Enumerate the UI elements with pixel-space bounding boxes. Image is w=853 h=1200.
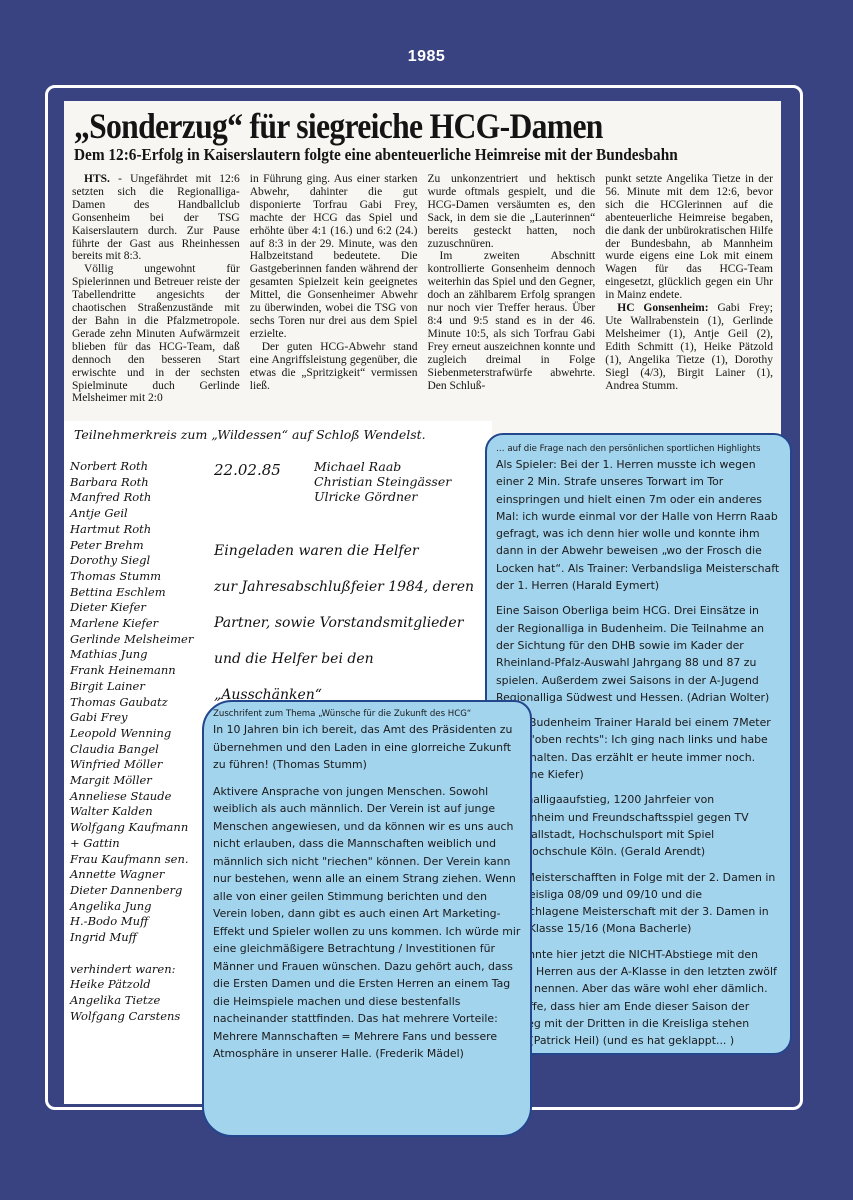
participant-name: Wolfgang Carstens <box>70 1009 210 1025</box>
helper-name: Christian Steingässer <box>314 474 451 489</box>
newspaper-clipping: „Sonderzug“ für siegreiche HCG-Damen Dem… <box>64 101 781 441</box>
participant-name: Marlene Kiefer <box>70 616 210 632</box>
handwritten-date: 22.02.85 <box>214 461 281 479</box>
wish-entry: Aktivere Ansprache von jungen Menschen. … <box>213 783 522 1063</box>
highlight-entry: Als in Budenheim Trainer Harald bei eine… <box>496 714 780 783</box>
participant-name: Walter Kalden <box>70 804 210 820</box>
participant-name: Thomas Stumm <box>70 569 210 585</box>
article-paragraph: Der guten HCG-Abwehr stand eine Angriffs… <box>250 341 418 393</box>
participant-name: Annette Wagner <box>70 867 210 883</box>
participant-name: Wolfgang Kaufmann <box>70 820 210 836</box>
participant-name: Anneliese Staude <box>70 789 210 805</box>
participant-name: Manfred Roth <box>70 490 210 506</box>
participant-name: Winfried Möller <box>70 757 210 773</box>
participant-names: Norbert RothBarbara RothManfred RothAntj… <box>70 459 210 1024</box>
participant-name: Birgit Lainer <box>70 679 210 695</box>
highlight-entry: Ich könnte hier jetzt die NICHT-Abstiege… <box>496 946 780 1050</box>
article-dateline: HTS. <box>84 173 110 185</box>
article-column-3: Zu unkonzentriert und hektisch wurde oft… <box>428 173 596 405</box>
highlight-entry: Regionalligaaufstieg, 1200 Jahrfeier von… <box>496 791 780 860</box>
participant-name: Frau Kaufmann sen. <box>70 852 210 868</box>
participant-name: Hartmut Roth <box>70 522 210 538</box>
highlight-entry: Eine Saison Oberliga beim HCG. Drei Eins… <box>496 602 780 706</box>
participant-name <box>70 946 210 962</box>
wishes-intro: Zuschrifent zum Thema „Wünsche für die Z… <box>213 708 522 720</box>
wish-entry: In 10 Jahren bin ich bereit, das Amt des… <box>213 721 522 774</box>
article-column-1: HTS. - Ungefährdet mit 12:6 setzten sich… <box>72 173 240 405</box>
participant-name: Barbara Roth <box>70 475 210 491</box>
invitation-line: Eingeladen waren die Helfer <box>214 533 484 569</box>
article-headline: „Sonderzug“ für siegreiche HCG-Damen <box>74 105 689 147</box>
participant-name: Antje Geil <box>70 506 210 522</box>
article-paragraph: in Führung ging. Aus einer starken Abweh… <box>250 173 418 341</box>
participant-name: Bettina Eschlem <box>70 585 210 601</box>
article-paragraph: Zu unkonzentriert und hektisch wurde oft… <box>428 173 596 250</box>
participant-name: Norbert Roth <box>70 459 210 475</box>
handwritten-helpers: Michael Raab Christian Steingässer Ulric… <box>314 459 451 504</box>
team-lineup-label: HC Gonsenheim: <box>617 302 708 314</box>
highlights-intro: … auf die Frage nach den persönlichen sp… <box>496 443 780 455</box>
article-column-2: in Führung ging. Aus einer starken Abweh… <box>250 173 418 405</box>
highlight-entry: Zwei Meisterschafften in Folge mit der 2… <box>496 869 780 938</box>
helper-name: Michael Raab <box>314 459 451 474</box>
article-paragraph: punkt setzte Angelika Tietze in der 56. … <box>605 173 773 302</box>
highlight-entry: Als Spieler: Bei der 1. Herren musste ic… <box>496 456 780 594</box>
participant-name: Angelika Tietze <box>70 993 210 1009</box>
participant-name: Dorothy Siegl <box>70 553 210 569</box>
wishes-speech-bubble: Zuschrifent zum Thema „Wünsche für die Z… <box>202 700 532 1137</box>
article-columns: HTS. - Ungefährdet mit 12:6 setzten sich… <box>72 173 773 405</box>
article-paragraph: - Ungefährdet mit 12:6 setzten sich die … <box>72 173 240 262</box>
article-paragraph: Im zweiten Abschnitt kontrollierte Gonse… <box>428 250 596 392</box>
participant-name: Ingrid Muff <box>70 930 210 946</box>
participant-name: Frank Heinemann <box>70 663 210 679</box>
participant-name: Claudia Bangel <box>70 742 210 758</box>
team-lineup: Gabi Frey; Ute Wallrabenstein (1), Gerli… <box>605 302 773 391</box>
participant-name: Thomas Gaubatz <box>70 695 210 711</box>
participant-name: Leopold Wenning <box>70 726 210 742</box>
participant-name: H.-Bodo Muff <box>70 914 210 930</box>
participant-name: Margit Möller <box>70 773 210 789</box>
handwritten-title: Teilnehmerkreis zum „Wildessen“ auf Schl… <box>74 427 426 442</box>
invitation-line: zur Jahresabschlußfeier 1984, deren <box>214 569 484 605</box>
participant-name: Angelika Jung <box>70 899 210 915</box>
article-paragraph: Völlig ungewohnt für Spielerinnen und Be… <box>72 263 240 405</box>
participant-name: verhindert waren: <box>70 962 210 978</box>
participant-name: + Gattin <box>70 836 210 852</box>
participant-name: Gabi Frey <box>70 710 210 726</box>
article-column-4: punkt setzte Angelika Tietze in der 56. … <box>605 173 773 405</box>
invitation-line: Partner, sowie Vorstandsmitglieder <box>214 605 484 641</box>
participant-name: Peter Brehm <box>70 538 210 554</box>
participant-name: Mathias Jung <box>70 647 210 663</box>
page-year-heading: 1985 <box>0 48 853 66</box>
participant-name: Dieter Dannenberg <box>70 883 210 899</box>
participant-name: Dieter Kiefer <box>70 600 210 616</box>
article-subheadline: Dem 12:6-Erfolg in Kaiserslautern folgte… <box>74 145 703 165</box>
helper-name: Ulricke Gördner <box>314 489 451 504</box>
participant-name: Heike Pätzold <box>70 977 210 993</box>
participant-name: Gerlinde Melsheimer <box>70 632 210 648</box>
